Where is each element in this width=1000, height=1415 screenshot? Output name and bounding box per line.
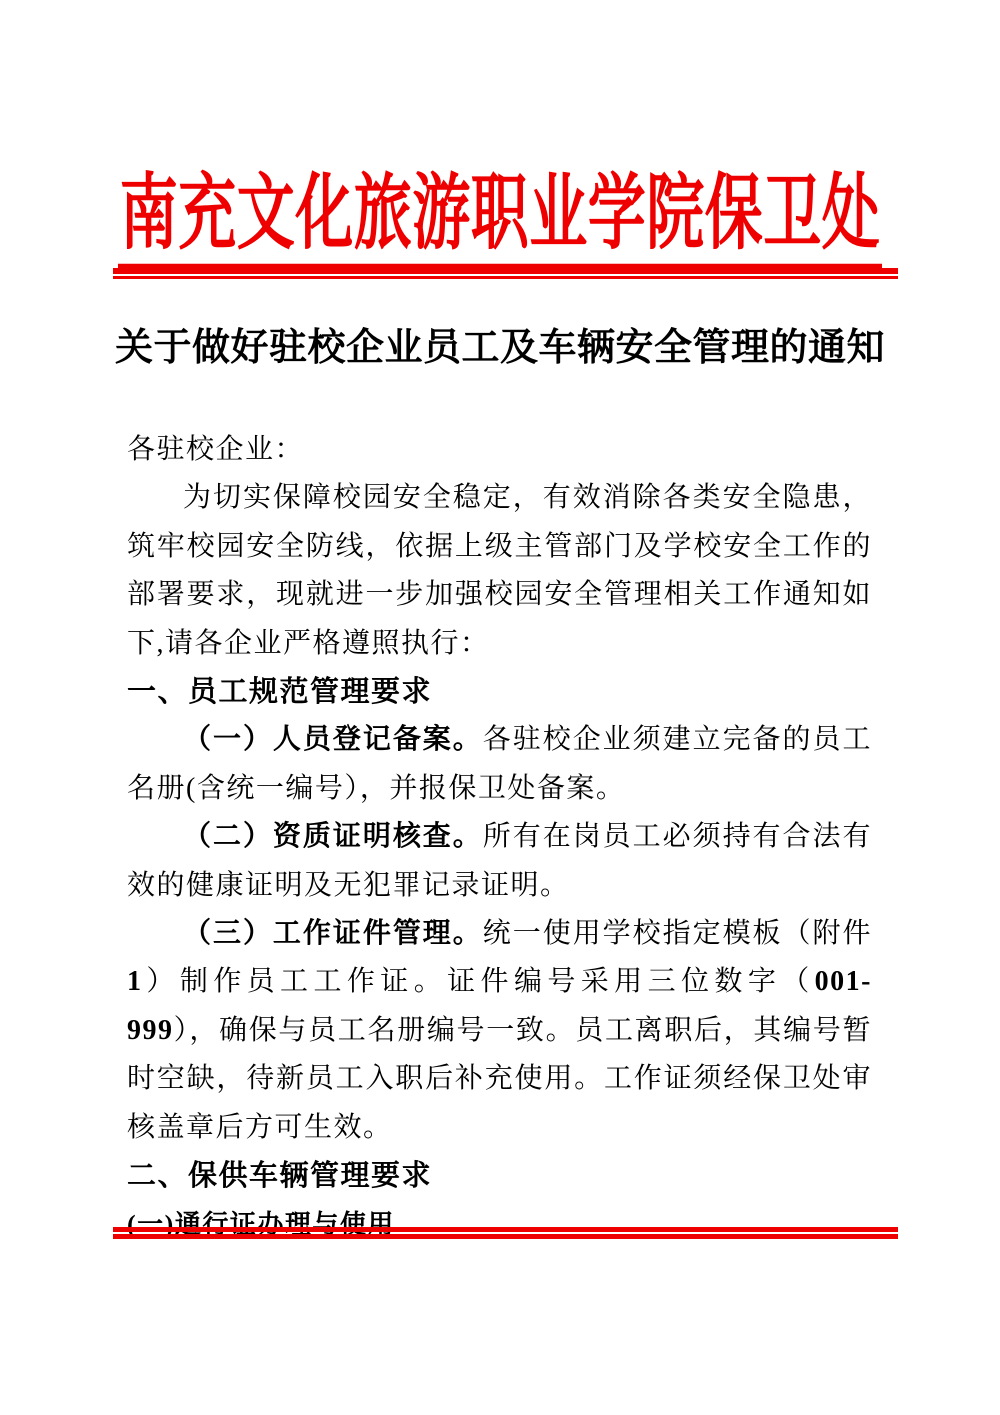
document-body: 各驻校企业： 为切实保障校园安全稳定，有效消除各类安全隐患，筑牢校园安全防线，依… xyxy=(127,426,872,1249)
section1-item3-lead: （三）工作证件管理。 xyxy=(183,918,483,949)
document-title: 关于做好驻校企业员工及车辆安全管理的通知 xyxy=(0,322,1000,374)
letterhead-org-name: 南充文化旅游职业学院保卫处 xyxy=(118,166,883,268)
footer-double-rule xyxy=(113,1227,898,1239)
section1-item3-seg3: ），确保与员工名册编号一致。员工离职后，其编号暂时空缺，待新员工入职后补充使用。… xyxy=(127,1015,872,1143)
section1-item1: （一）人员登记备案。各驻校企业须建立完备的员工名册(含统一编号），并报保卫处备案… xyxy=(127,716,872,813)
document-page: 南充文化旅游职业学院保卫处 关于做好驻校企业员工及车辆安全管理的通知 各驻校企业… xyxy=(0,0,1000,1415)
letterhead-double-rule xyxy=(113,268,898,279)
section2-subheading: (一)通行证办理与使用 xyxy=(127,1201,872,1249)
section1-item3-seg2: ）制作员工工作证。证件编号采用三位数字（ xyxy=(143,966,815,997)
section1-item2: （二）资质证明核查。所有在岗员工必须持有合法有效的健康证明及无犯罪记录证明。 xyxy=(127,813,872,910)
section1-item3: （三）工作证件管理。统一使用学校指定模板（附件1）制作员工工作证。证件编号采用三… xyxy=(127,910,872,1152)
section1-item2-lead: （二）资质证明核查。 xyxy=(183,821,483,852)
section1-item3-seg1: 统一使用学校指定模板（附件 xyxy=(483,918,872,949)
section1-item3-attachment-number: 1 xyxy=(127,966,143,997)
section1-item1-lead: （一）人员登记备案。 xyxy=(183,724,483,755)
salutation: 各驻校企业： xyxy=(127,426,872,474)
letterhead: 南充文化旅游职业学院保卫处 xyxy=(0,196,1000,279)
section1-heading: 一、员工规范管理要求 xyxy=(127,668,872,716)
intro-paragraph: 为切实保障校园安全稳定，有效消除各类安全隐患，筑牢校园安全防线，依据上级主管部门… xyxy=(127,474,872,668)
section2-heading: 二、保供车辆管理要求 xyxy=(127,1152,872,1200)
